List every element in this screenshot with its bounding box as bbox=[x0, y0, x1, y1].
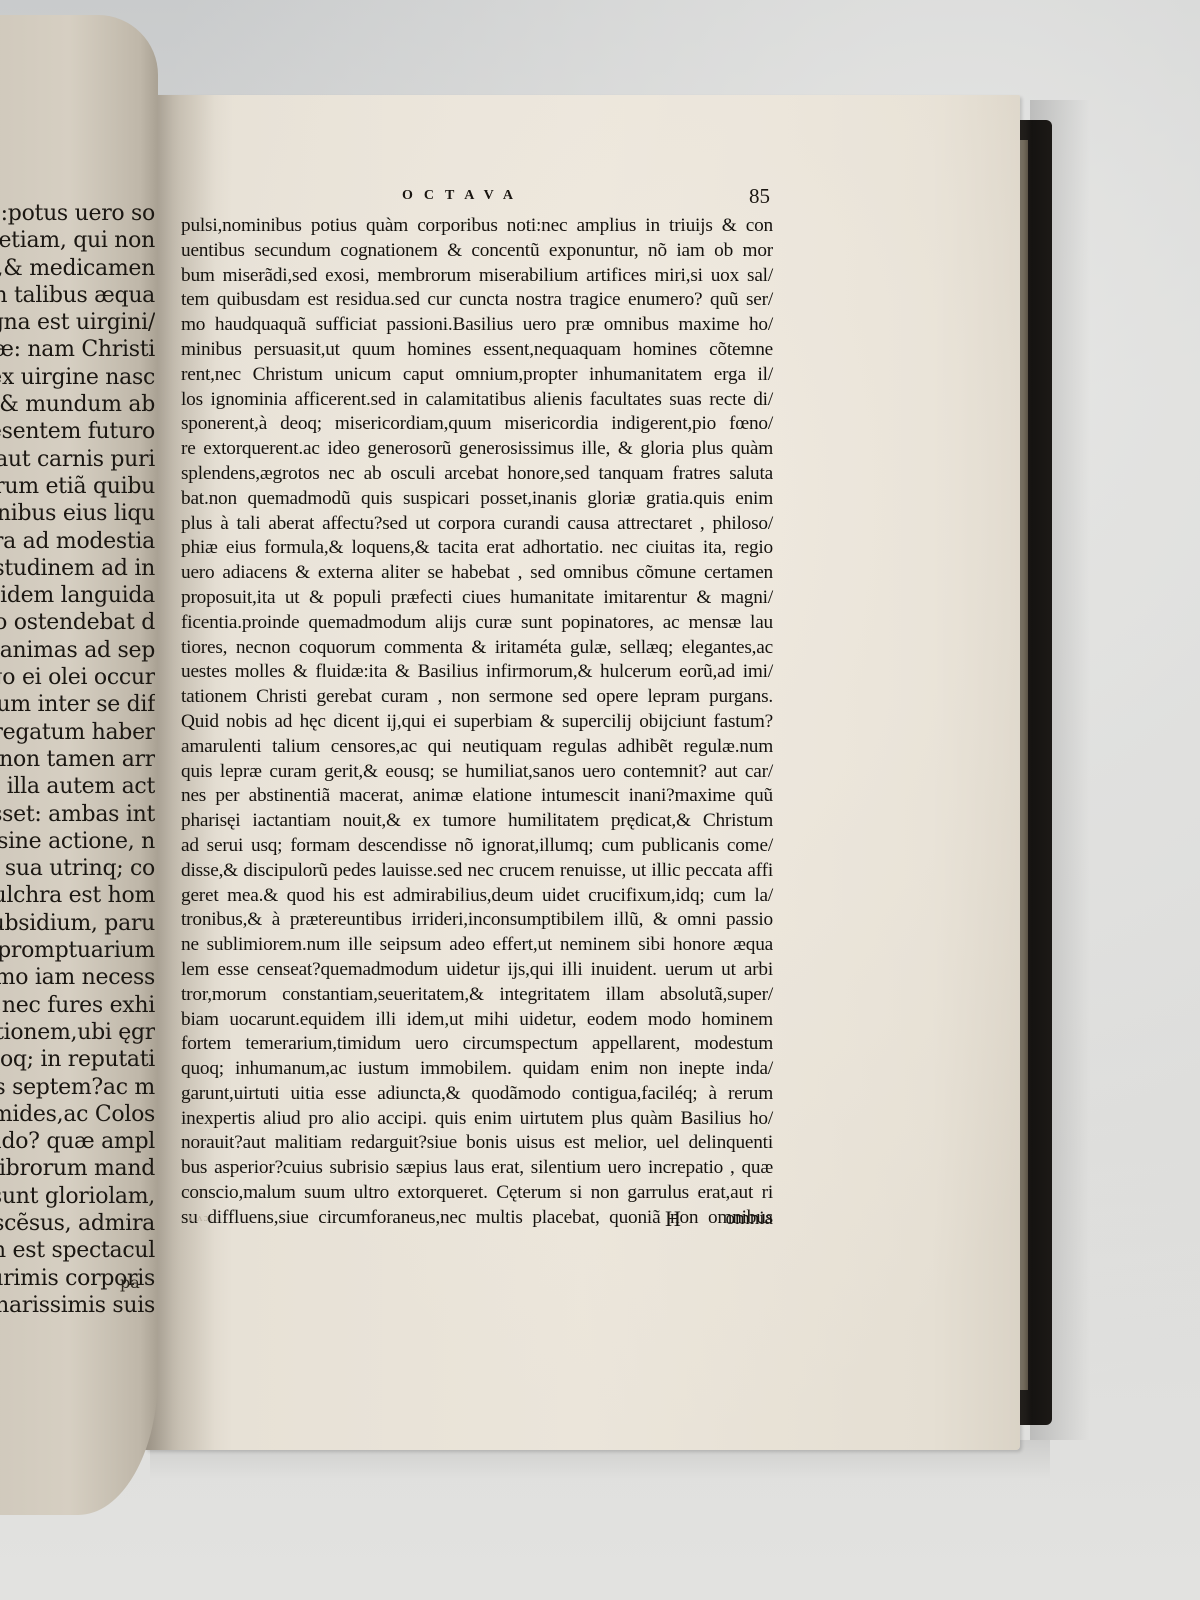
text-line: in à charissimis suis bbox=[0, 1292, 155, 1319]
text-line: plus à tali aberat affectu?sed ut corpor… bbox=[181, 512, 773, 537]
text-line: garunt,uirtuti uitia esse adiuncta,& quo… bbox=[181, 1082, 773, 1107]
text-line: uestes molles & fluidæ:ita & Basilius in… bbox=[181, 660, 773, 685]
text-line: atis subsidium, paru bbox=[0, 910, 155, 937]
text-line: gata esset: ambas int bbox=[0, 801, 155, 828]
text-line: portis septem?ac m bbox=[0, 1074, 155, 1101]
text-line: , & librorum mand bbox=[0, 1155, 155, 1182]
left-page: entes:potus uero so ut,ijs etiam, qui no… bbox=[0, 15, 158, 1515]
text-line: cua, immo iam necess bbox=[0, 964, 155, 991]
text-line: disse,& discipulorũ pedes lauisse.sed ne… bbox=[181, 859, 773, 884]
text-line: hritudo? quæ ampl bbox=[0, 1128, 155, 1155]
text-line: aret, non tamen arr bbox=[0, 746, 155, 773]
text-line: ositum est spectacul bbox=[0, 1237, 155, 1264]
text-line: proposuit,ita ut & populi præfecti ciues… bbox=[181, 586, 773, 611]
text-line: rent,nec Christum unicum caput omnium,pr… bbox=[181, 363, 773, 388]
text-line: ad serui usq; formam descendisse nõ igno… bbox=[181, 834, 773, 859]
text-line: conscio,malum suum ultro extorqueret. Cę… bbox=[181, 1181, 773, 1206]
text-line: uiq; animas ad sep bbox=[0, 637, 155, 664]
text-line: uero ostendebat d bbox=[0, 609, 155, 636]
text-line: argo ei olei occur bbox=[0, 664, 155, 691]
left-page-text: entes:potus uero so ut,ijs etiam, qui no… bbox=[0, 200, 158, 1319]
text-line: bum miserãdi,sed exosi, membrorum misera… bbox=[181, 264, 773, 289]
text-line: geret mea.& quod his est admirabilius,de… bbox=[181, 884, 773, 909]
body-text: pulsi,nominibus potius quàm corporibus n… bbox=[181, 214, 773, 1231]
text-line: christudinem ad in bbox=[0, 555, 155, 582]
text-line: biam uocarunt.equidem illi idem,ut mihi … bbox=[181, 1008, 773, 1033]
text-line: mbra ad modestia bbox=[0, 528, 155, 555]
text-line: bona sua utrinq; co bbox=[0, 855, 155, 882]
text-line: los ignominia afficerent.sed in calamita… bbox=[181, 388, 773, 413]
text-line: ed eorum etiã quibu bbox=[0, 473, 155, 500]
text-line: mo haudquaquã sufficiat passioni.Basiliu… bbox=[181, 313, 773, 338]
text-line: ne sublimiorem.num ille seipsum adeo eff… bbox=[181, 933, 773, 958]
page-number: 85 bbox=[749, 184, 770, 209]
text-line: re extorquerent.ac ideo generosorũ gener… bbox=[181, 437, 773, 462]
text-line: es magna est uirgini/ bbox=[0, 309, 155, 336]
text-line: areret: illa autem act bbox=[0, 773, 155, 800]
text-line: Pyramides,ac Colos bbox=[0, 1101, 155, 1128]
text-line: prosunt gloriolam, bbox=[0, 1183, 155, 1210]
text-line: ut,ijs etiam, qui non bbox=[0, 227, 155, 254]
text-line: utionibus eius liqu bbox=[0, 500, 155, 527]
text-line: quis lepræ curam gerit,& eousq; se humil… bbox=[181, 760, 773, 785]
text-line: lem esse censeat?quemadmodum uidetur ijs… bbox=[181, 958, 773, 983]
text-line: tronibus,& à prætereuntibus irrideri,inc… bbox=[181, 908, 773, 933]
text-line: antur,& medicamen bbox=[0, 255, 155, 282]
text-line: quidem languida bbox=[0, 582, 155, 609]
text-line: s segregatum haber bbox=[0, 719, 155, 746]
text-line: us, aut carnis puri bbox=[0, 446, 155, 473]
text-line: am, & mundum ab bbox=[0, 391, 155, 418]
text-line: fortem temerarium,timidum uero circumspe… bbox=[181, 1032, 773, 1057]
text-line: inexpertis aliud pro alio accipi. quis e… bbox=[181, 1107, 773, 1132]
text-line: , præsentem futuro bbox=[0, 418, 155, 445]
text-line: atos,ex uirgine nasc bbox=[0, 364, 155, 391]
text-line: urimum inter se dif bbox=[0, 691, 155, 718]
text-line: litariæ: nam Christi bbox=[0, 336, 155, 363]
text-line: splendens,ægrotos nec ab osculi arcebat … bbox=[181, 462, 773, 487]
text-line: tror,morum constantiam,seueritatem,& int… bbox=[181, 983, 773, 1008]
text-line: amarulenti talium censores,ac qui neutiq… bbox=[181, 735, 773, 760]
left-page-corner-mark: pa bbox=[120, 1273, 140, 1292]
text-line: Quid nobis ad hęc dicent ij,qui ei super… bbox=[181, 710, 773, 735]
bleed-through-mark: ɔıʌɔı bbox=[187, 1212, 213, 1224]
text-line: uentibus secundum cognationem & concentũ… bbox=[181, 239, 773, 264]
text-line: minibus persuasit,ut quum homines essent… bbox=[181, 338, 773, 363]
text-line: etatis promptuarium bbox=[0, 937, 155, 964]
text-line: pharisęi iactantiam nouit,& ex tumore hu… bbox=[181, 809, 773, 834]
text-line: sponerent,à deoq; misericordiam,quum mis… bbox=[181, 412, 773, 437]
text-line: entes:potus uero so bbox=[0, 200, 155, 227]
signature-mark: H bbox=[665, 1206, 681, 1232]
text-line: quoq; inhumanum,ac iustum immobilem. qui… bbox=[181, 1057, 773, 1082]
text-line: uero adiacens & externa aliter se habeba… bbox=[181, 561, 773, 586]
text-line: lerent,nec fures exhi bbox=[0, 992, 155, 1019]
text-line: passioq; in reputati bbox=[0, 1046, 155, 1073]
running-head: OCTAVA bbox=[402, 188, 524, 204]
text-line: tiores, necnon coquorum commenta & irita… bbox=[181, 636, 773, 661]
page-header: OCTAVA 85 bbox=[180, 186, 770, 212]
text-line: nes per abstinentiã macerat, animæ elati… bbox=[181, 784, 773, 809]
text-line: rruptionem,ubi ęgr bbox=[0, 1019, 155, 1046]
text-line: phiæ eius formula,& loquens,& tacita era… bbox=[181, 536, 773, 561]
text-line: norauit?aut malitiam redarguit?siue boni… bbox=[181, 1131, 773, 1156]
text-line: um ascẽsus, admira bbox=[0, 1210, 155, 1237]
text-line: tationem Christi gerebat curam , non ser… bbox=[181, 685, 773, 710]
text-line: non sine actione, n bbox=[0, 828, 155, 855]
catchword: omnia bbox=[726, 1208, 774, 1230]
text-line: ficentia.proinde quemadmodum alijs curæ … bbox=[181, 611, 773, 636]
page-footer: ɔıʌɔı H omnia bbox=[181, 1206, 773, 1232]
text-line: olus?pulchra est hom bbox=[0, 882, 155, 909]
text-line: bat.non quemadmodũ quis suspicari posset… bbox=[181, 487, 773, 512]
text-line: bus asperior?cuius subrisio sæpius laus … bbox=[181, 1156, 773, 1181]
text-line: pulsi,nominibus potius quàm corporibus n… bbox=[181, 214, 773, 239]
text-line: tem quibusdam est residua.sed cur cuncta… bbox=[181, 288, 773, 313]
text-line: rum, in talibus æqua bbox=[0, 282, 155, 309]
